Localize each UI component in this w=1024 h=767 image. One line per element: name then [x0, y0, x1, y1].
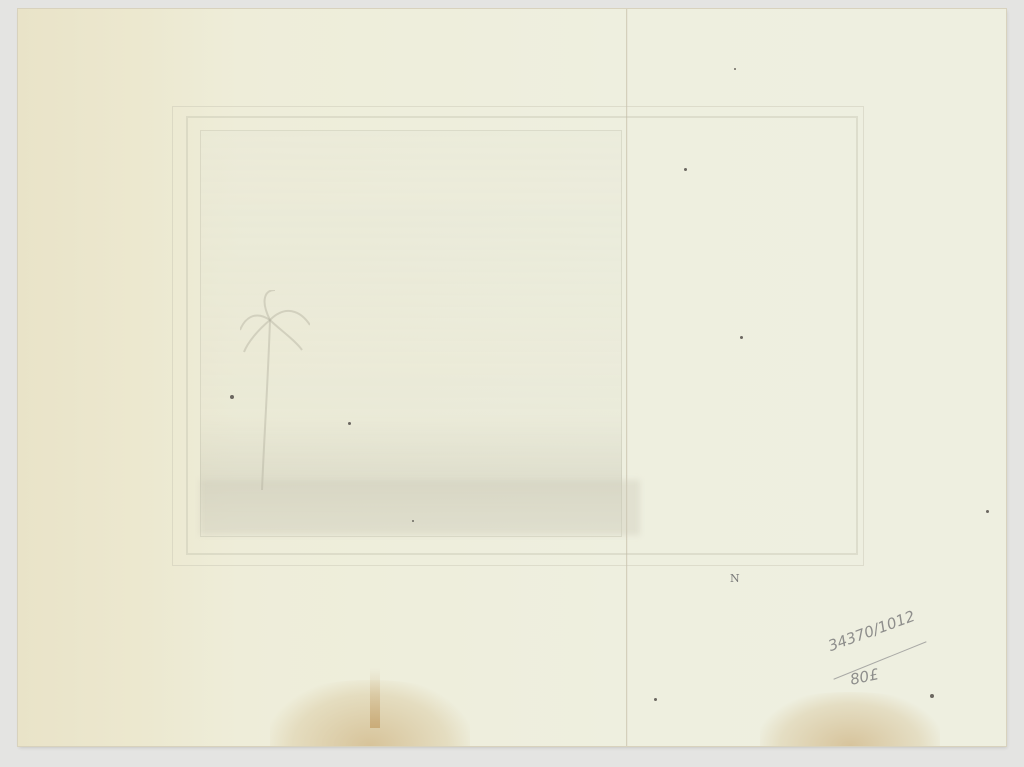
speck: [684, 168, 687, 171]
plate-number-mark: N: [730, 572, 740, 585]
speck: [348, 422, 351, 425]
speck: [734, 68, 736, 70]
palm-tree-show-through: [240, 290, 310, 490]
speck: [986, 510, 989, 513]
speck: [412, 520, 414, 522]
speck: [654, 698, 657, 701]
speck: [930, 694, 934, 698]
water-stain-spike: [370, 668, 380, 728]
speck: [740, 336, 743, 339]
water-stain-right: [760, 692, 940, 746]
speck: [230, 395, 234, 399]
